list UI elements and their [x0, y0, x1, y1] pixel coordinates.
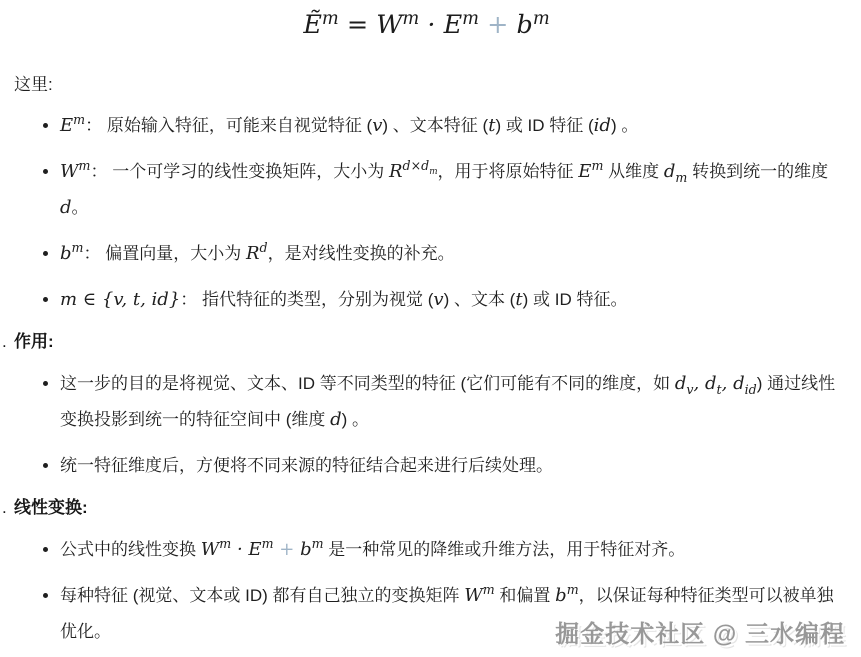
text-segment: ) 、文本特征 ( [382, 116, 488, 135]
math-inline: v [372, 115, 382, 136]
math-inline: v [433, 289, 443, 310]
math-inline: Wm [376, 9, 419, 39]
math-inline: bm [555, 585, 579, 606]
math-inline: m [312, 536, 324, 551]
math-inline: Em [578, 161, 603, 182]
math-inline: m [591, 158, 603, 173]
math-inline: m ∈ {v, t, id} [60, 289, 180, 310]
text-segment: 每种特征 (视觉、文本或 ID) 都有自己独立的变换矩阵 [60, 586, 464, 605]
text-segment: ) 或 ID 特征。 [523, 290, 628, 309]
math-inline: m [322, 8, 339, 29]
math-inline: m [262, 536, 274, 551]
text-segment: ) 。 [342, 410, 369, 429]
text-segment: ) 或 ID 特征 ( [495, 116, 593, 135]
section-linear-transform: . 线性变换: 公式中的线性变换 Wm · Em + bm 是一种常见的降维或升… [14, 496, 839, 650]
math-inline: m [402, 8, 419, 29]
list-item: Wm： 一个可学习的线性变换矩阵，大小为 Rd×dm，用于将原始特征 Em 从维… [60, 154, 839, 226]
math-inline: d [60, 197, 72, 218]
math-inline: m [72, 240, 84, 255]
text-segment: ，是对线性变换的补充。 [268, 244, 455, 263]
math-inline: m [79, 158, 91, 173]
text-segment: 从维度 [603, 162, 663, 181]
math-inline: · [419, 9, 443, 39]
math-inline: v [686, 382, 693, 397]
math-inline: d [330, 409, 342, 430]
math-inline: d [260, 240, 268, 255]
math-inline: dt [705, 373, 722, 394]
math-inline: Wm [464, 585, 494, 606]
math-inline: t [515, 289, 522, 310]
list-item: 每种特征 (视觉、文本或 ID) 都有自己独立的变换矩阵 Wm 和偏置 bm，以… [60, 578, 839, 650]
text-segment: ： 指代特征的类型，分别为视觉 ( [180, 290, 433, 309]
math-inline: id [745, 382, 757, 397]
math-inline: m [533, 8, 550, 29]
formula-equation: Ẽm = Wm · Em + bm [14, 6, 839, 44]
math-inline: Rd×dm [389, 161, 438, 182]
math-inline: did [733, 373, 757, 394]
text-segment: 转换到统一的维度 [687, 162, 828, 181]
list-number-fragment: . [2, 496, 7, 520]
math-inline: m [429, 167, 437, 177]
math-inline: dv [675, 373, 694, 394]
math-inline: m [73, 112, 85, 127]
math-inline: + [274, 539, 301, 560]
math-inline: m [462, 8, 479, 29]
text-segment: ) 、文本 ( [444, 290, 516, 309]
text-segment: ，用于将原始特征 [438, 162, 579, 181]
math-inline: m [219, 536, 231, 551]
list-item: Em： 原始输入特征，可能来自视觉特征 (v) 、文本特征 (t) 或 ID 特… [60, 108, 839, 144]
math-inline: , [694, 373, 705, 394]
list-number-fragment: . [2, 330, 7, 354]
math-inline: Em [444, 9, 479, 39]
text-segment: ： 偏置向量，大小为 [84, 244, 246, 263]
math-inline: dm [664, 161, 688, 182]
section-title: 作用: [14, 332, 54, 351]
math-inline: bm [300, 539, 324, 560]
text-segment: ： 原始输入特征，可能来自视觉特征 ( [85, 116, 372, 135]
text-segment: 。 [72, 198, 89, 217]
math-inline: m [483, 582, 495, 597]
intro-label: 这里: [14, 74, 839, 96]
math-inline: Rd [246, 243, 268, 264]
math-inline: Wm [60, 161, 90, 182]
document-page: Ẽm = Wm · Em + bm 这里: Em： 原始输入特征，可能来自视觉特… [0, 0, 861, 657]
math-inline: Em [60, 115, 85, 136]
math-inline: Em [248, 539, 273, 560]
math-inline: m [675, 170, 687, 185]
math-inline: m [567, 582, 579, 597]
section-heading-linear-transform: . 线性变换: [14, 496, 839, 520]
math-inline: Ẽm [303, 9, 338, 39]
list-item: m ∈ {v, t, id}： 指代特征的类型，分别为视觉 (v) 、文本 (t… [60, 282, 839, 318]
math-inline: id [594, 115, 611, 136]
math-inline: + [479, 9, 517, 39]
text-segment: 是一种常见的降维或升维方法，用于特征对齐。 [324, 540, 686, 559]
math-inline: bm [517, 9, 550, 39]
math-inline: bm [60, 243, 84, 264]
text-segment: ： 一个可学习的线性变换矩阵，大小为 [90, 162, 388, 181]
math-inline: d×dm [403, 158, 438, 173]
math-inline: · [231, 539, 248, 560]
math-inline: = [339, 9, 377, 39]
math-inline: , [722, 373, 733, 394]
list-item: bm： 偏置向量，大小为 Rd，是对线性变换的补充。 [60, 236, 839, 272]
definitions-list: Em： 原始输入特征，可能来自视觉特征 (v) 、文本特征 (t) 或 ID 特… [14, 108, 839, 318]
section-title: 线性变换: [14, 498, 88, 517]
linear-transform-list: 公式中的线性变换 Wm · Em + bm 是一种常见的降维或升维方法，用于特征… [14, 532, 839, 650]
list-item: 公式中的线性变换 Wm · Em + bm 是一种常见的降维或升维方法，用于特征… [60, 532, 839, 568]
list-item: 这一步的目的是将视觉、文本、ID 等不同类型的特征 (它们可能有不同的维度，如 … [60, 366, 839, 438]
section-purpose: . 作用: 这一步的目的是将视觉、文本、ID 等不同类型的特征 (它们可能有不同… [14, 330, 839, 484]
text-segment: 统一特征维度后，方便将不同来源的特征结合起来进行后续处理。 [60, 456, 553, 475]
purpose-list: 这一步的目的是将视觉、文本、ID 等不同类型的特征 (它们可能有不同的维度，如 … [14, 366, 839, 484]
text-segment: ) 。 [611, 116, 638, 135]
list-item: 统一特征维度后，方便将不同来源的特征结合起来进行后续处理。 [60, 448, 839, 484]
text-segment: 公式中的线性变换 [60, 540, 201, 559]
section-heading-purpose: . 作用: [14, 330, 839, 354]
math-inline: Wm [201, 539, 231, 560]
text-segment: 这一步的目的是将视觉、文本、ID 等不同类型的特征 (它们可能有不同的维度，如 [60, 374, 675, 393]
text-segment: 和偏置 [495, 586, 555, 605]
